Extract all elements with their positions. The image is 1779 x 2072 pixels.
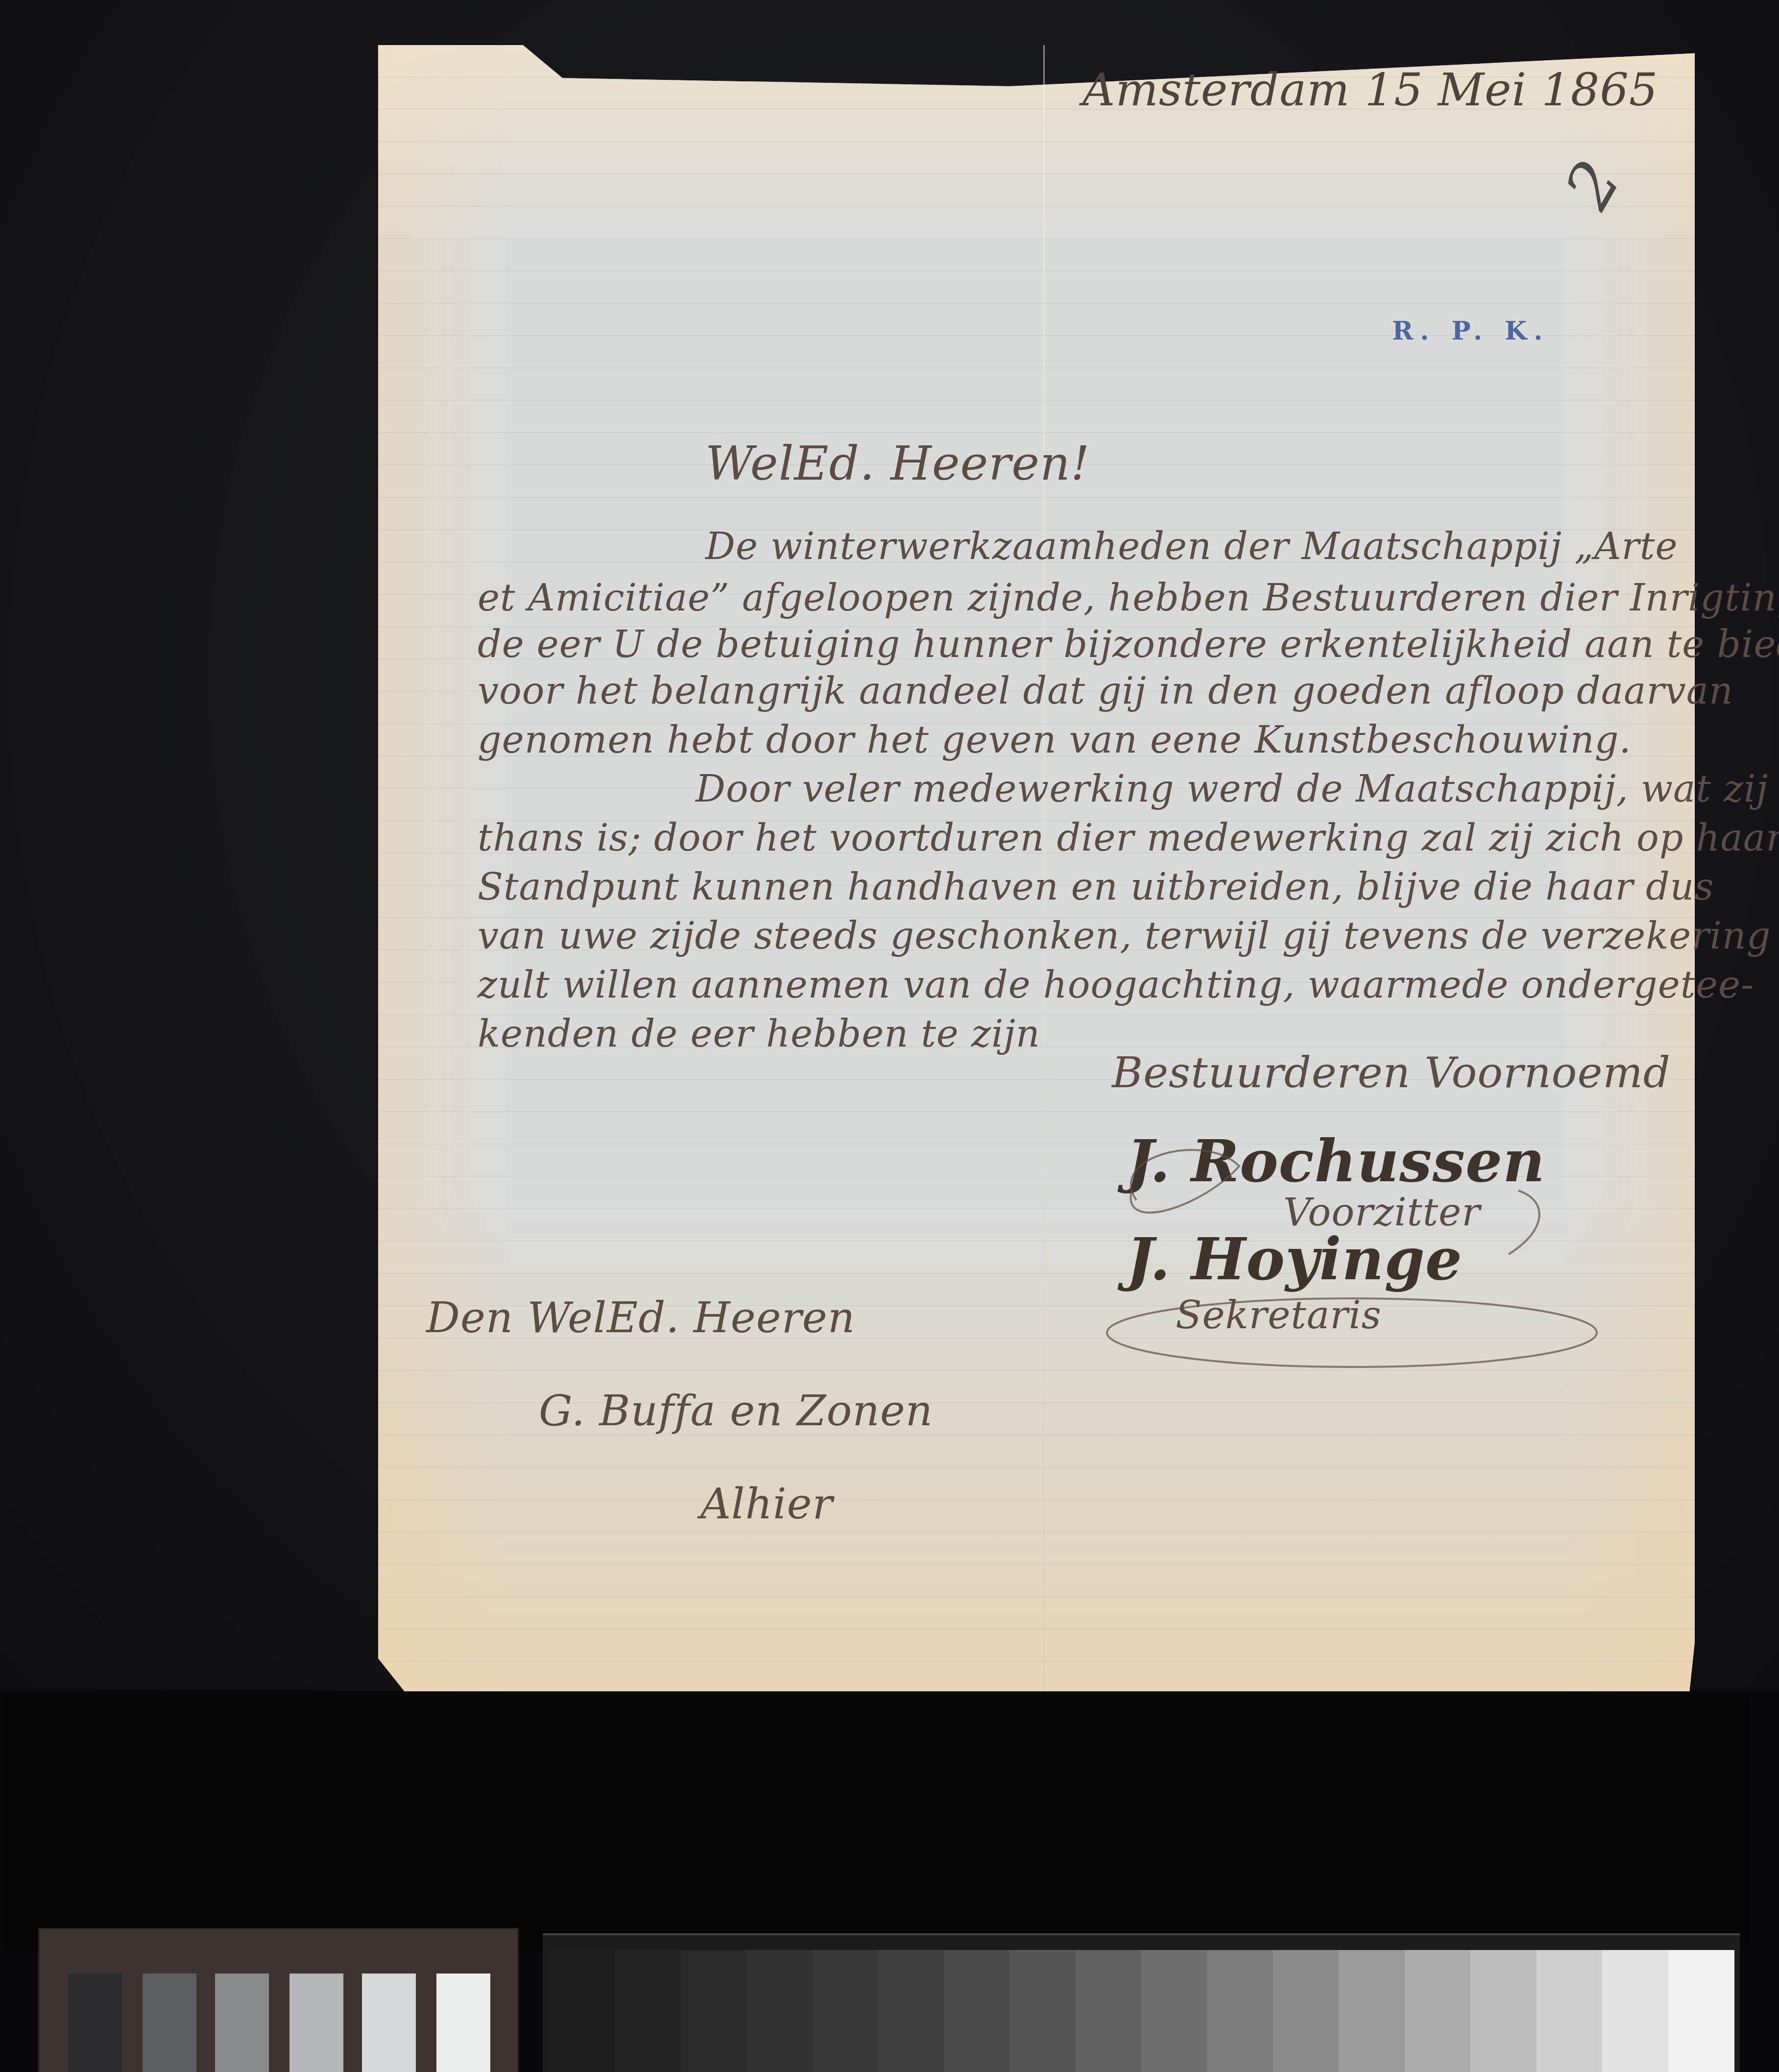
gray-step (746, 1950, 812, 2072)
gray-step (1602, 1950, 1668, 2072)
gray-step (1010, 1950, 1076, 2072)
gray-step (1076, 1950, 1142, 2072)
gray-step (878, 1950, 944, 2072)
body-line: van uwe zijde steeds geschonken, terwijl… (478, 914, 1779, 957)
addressee-line-3: Alhier (700, 1480, 833, 1529)
gray-step (549, 1950, 615, 2072)
salutation: WelEd. Heeren! (705, 436, 1090, 491)
gray-patch (215, 1974, 269, 2072)
gray-step (680, 1950, 746, 2072)
signature-flourish-icon (1078, 1127, 1616, 1382)
gray-patch (289, 1974, 343, 2072)
black-reference-card (5, 1695, 1749, 1950)
addressee-line-1: Den WelEd. Heeren (426, 1293, 855, 1342)
gray-step (614, 1950, 680, 2072)
body-line: et Amicitiae” afgeloopen zijnde, hebben … (478, 576, 1779, 619)
gray-patch (143, 1974, 196, 2072)
gray-step (1207, 1950, 1273, 2072)
gray-step (1668, 1950, 1734, 2072)
body-line: Standpunt kunnen handhaven en uitbreiden… (478, 865, 1714, 908)
body-line: De winterwerkzaamheden der Maatschappij … (705, 524, 1678, 568)
gray-patch (436, 1974, 490, 2072)
gray-step (1470, 1950, 1537, 2072)
gray-step (1141, 1950, 1207, 2072)
body-line: Door veler medewerking werd de Maatschap… (696, 767, 1768, 810)
closing-line: Bestuurderen Voornoemd (1112, 1048, 1671, 1097)
gray-patch (68, 1974, 122, 2072)
addressee-line-2: G. Buffa en Zonen (539, 1387, 933, 1436)
gray-scale-card-small (38, 1928, 519, 2072)
place-date: Amsterdam 15 Mei 1865 (1082, 64, 1658, 116)
body-line: voor het belangrijk aandeel dat gij in d… (478, 669, 1733, 712)
body-line: de eer U de betuiging hunner bijzondere … (478, 622, 1779, 666)
body-line: thans is; door het voortduren dier medew… (478, 816, 1779, 859)
archive-stamp: R. P. K. (1392, 316, 1549, 346)
gray-patch (362, 1974, 416, 2072)
gray-step (1339, 1950, 1405, 2072)
gray-step (1273, 1950, 1339, 2072)
body-line: kenden de eer hebben te zijn (478, 1012, 1040, 1055)
gray-step (1405, 1950, 1471, 2072)
gray-step-wedge (543, 1933, 1740, 2072)
gray-step (944, 1950, 1010, 2072)
gray-step (812, 1950, 878, 2072)
body-line: zult willen aannemen van de hoogachting,… (478, 963, 1754, 1006)
gray-step (1537, 1950, 1603, 2072)
body-line: genomen hebt door het geven van eene Kun… (478, 718, 1632, 761)
